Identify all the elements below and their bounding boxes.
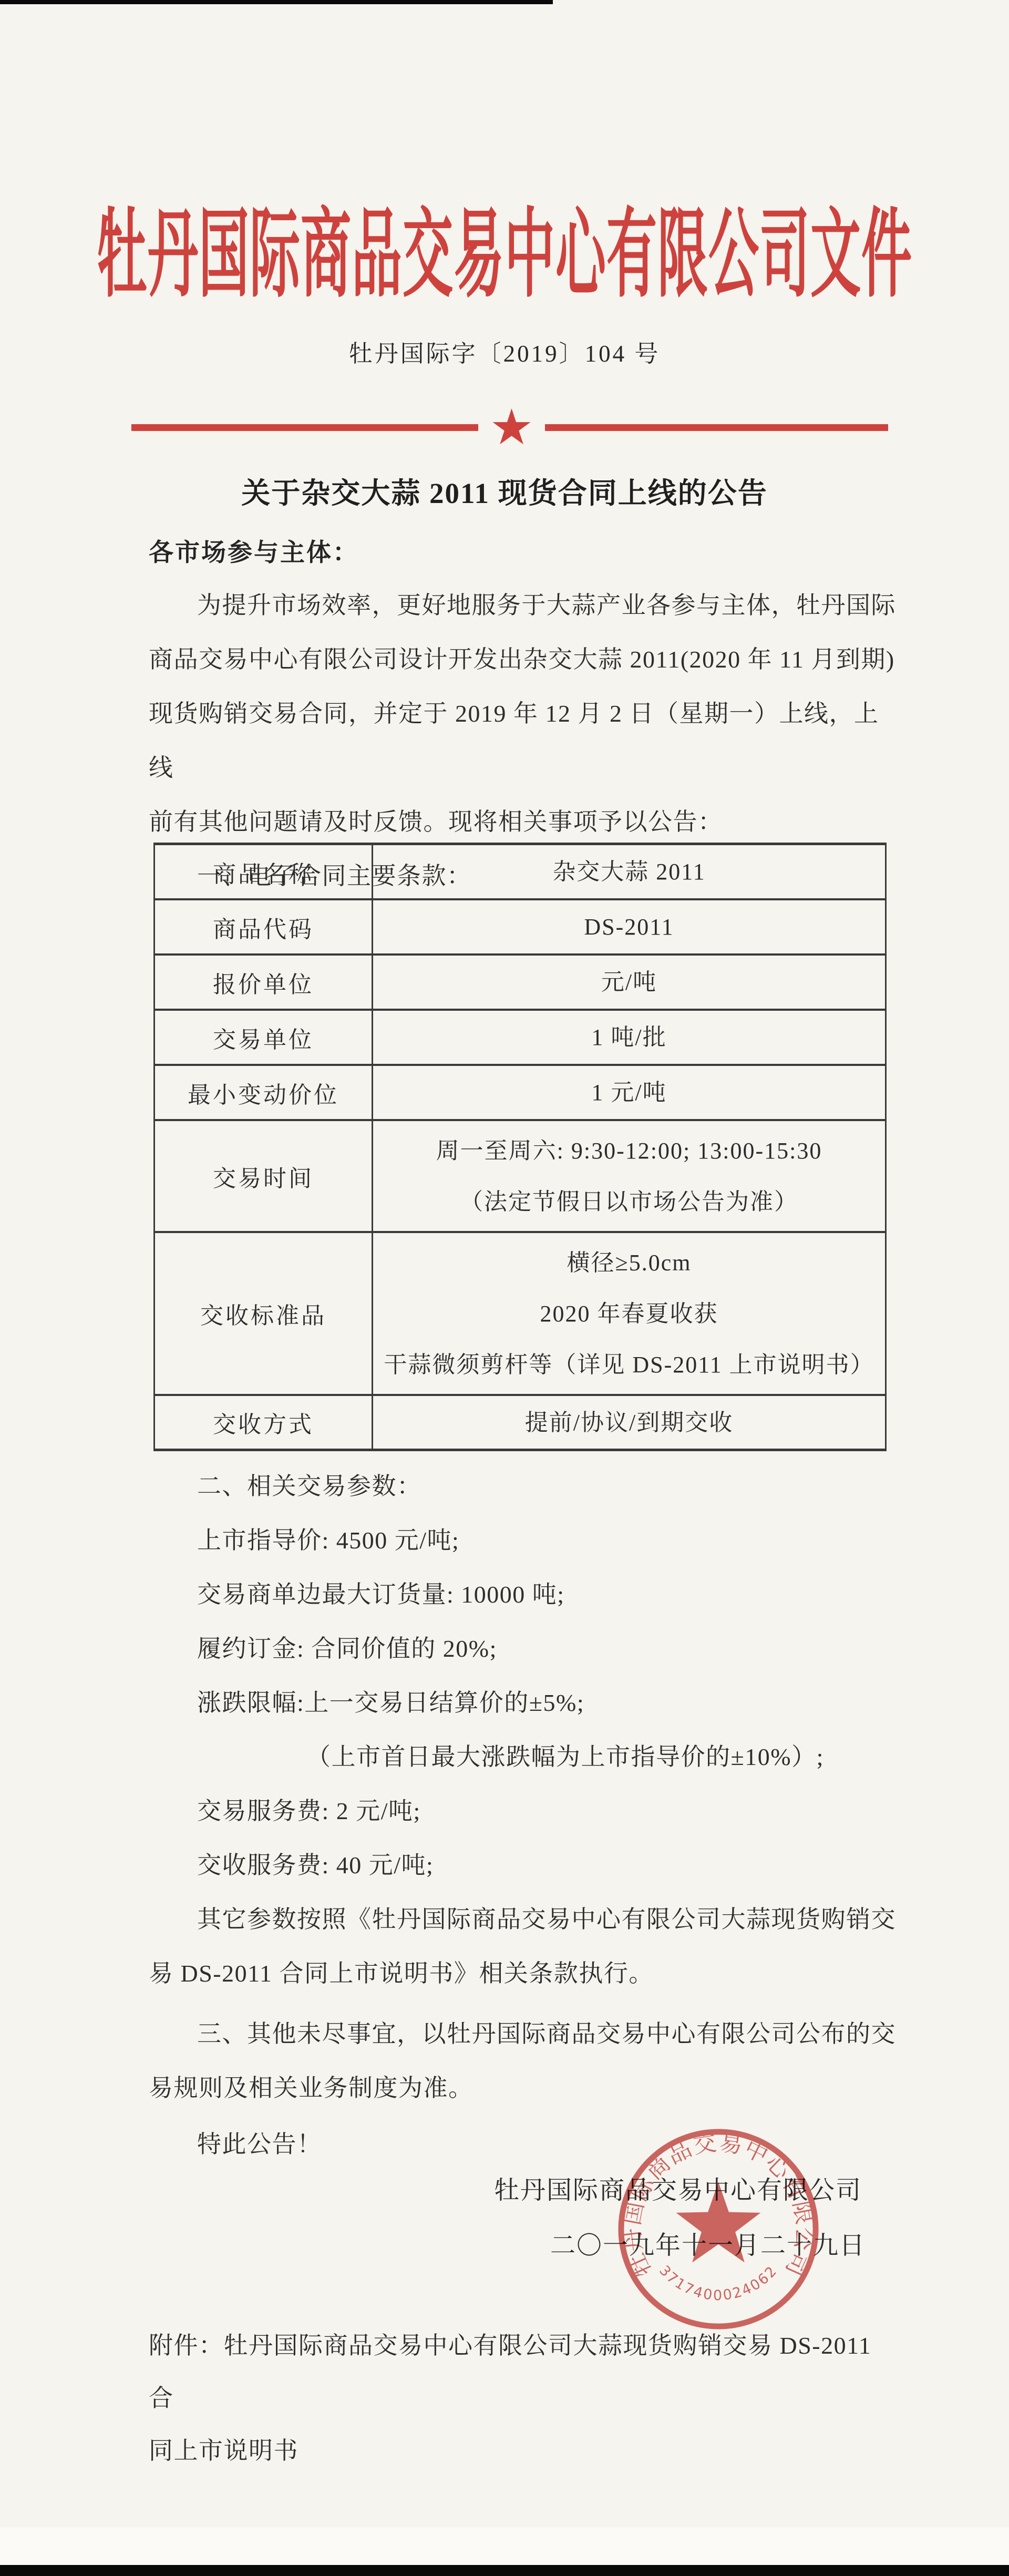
value-line: （法定节假日以市场公告为准） bbox=[460, 1176, 798, 1227]
param-line: 交收服务费: 40 元/吨; bbox=[149, 1838, 897, 1892]
scan-artifact-bottom-band bbox=[0, 2527, 1009, 2565]
row-label: 交收方式 bbox=[155, 1396, 373, 1449]
scanned-official-document: 牡丹国际商品交易中心有限公司文件 牡丹国际字〔2019〕104 号 ★ 关于杂交… bbox=[0, 0, 1009, 2576]
svg-text:3717400024062: 3717400024062 bbox=[656, 2262, 781, 2303]
row-value: 1 元/吨 bbox=[373, 1066, 885, 1119]
value-line: 杂交大蒜 2011 bbox=[552, 846, 705, 897]
divider-line-right bbox=[545, 424, 888, 431]
table-row: 商品名称 杂交大蒜 2011 bbox=[155, 845, 885, 900]
scan-artifact-top-bar bbox=[0, 0, 553, 4]
table-row: 最小变动价位 1 元/吨 bbox=[155, 1066, 885, 1121]
param-line: 其它参数按照《牡丹国际商品交易中心有限公司大蒜现货购销交 bbox=[149, 1892, 897, 1946]
row-label: 交易单位 bbox=[155, 1011, 373, 1064]
document-header-title: 牡丹国际商品交易中心有限公司文件 bbox=[0, 178, 1009, 250]
row-label: 交收标准品 bbox=[155, 1233, 373, 1394]
row-value: 1 吨/批 bbox=[373, 1011, 885, 1064]
intro-line: 商品交易中心有限公司设计开发出杂交大蒜 2011(2020 年 11 月到期) bbox=[149, 632, 897, 686]
section2-heading: 二、相关交易参数： bbox=[149, 1459, 897, 1513]
org-title-text: 牡丹国际商品交易中心有限公司文件 bbox=[97, 178, 912, 316]
contract-terms-table: 商品名称 杂交大蒜 2011 商品代码 DS-2011 报价单位 元/吨 交易单… bbox=[153, 843, 887, 1451]
section3-line: 易规则及相关业务制度为准。 bbox=[149, 2061, 897, 2115]
row-label: 商品代码 bbox=[155, 900, 373, 953]
seal-star-icon bbox=[676, 2182, 761, 2262]
row-value: DS-2011 bbox=[373, 900, 885, 953]
value-line: 周一至周六: 9:30-12:00; 13:00-15:30 bbox=[436, 1125, 822, 1176]
section3-line: 三、其他未尽事宜，以牡丹国际商品交易中心有限公司公布的交 bbox=[149, 2007, 897, 2061]
table-row: 交易时间 周一至周六: 9:30-12:00; 13:00-15:30 （法定节… bbox=[155, 1121, 885, 1233]
param-line: 易 DS-2011 合同上市说明书》相关条款执行。 bbox=[149, 1946, 897, 2000]
row-value: 横径≥5.0cm 2020 年春夏收获 干蒜微须剪杆等（详见 DS-2011 上… bbox=[373, 1233, 885, 1394]
intro-line: 现货购销交易合同，并定于 2019 年 12 月 2 日（星期一）上线，上线 bbox=[149, 686, 897, 795]
company-seal: 牡丹国际商品交易中心有限公司 3717400024062 bbox=[614, 2125, 823, 2334]
value-line: 2020 年春夏收获 bbox=[540, 1288, 718, 1339]
table-row: 交易单位 1 吨/批 bbox=[155, 1011, 885, 1066]
param-line: 上市指导价: 4500 元/吨; bbox=[149, 1513, 897, 1567]
trading-parameters-section: 二、相关交易参数： 上市指导价: 4500 元/吨; 交易商单边最大订货量: 1… bbox=[149, 1459, 897, 2000]
row-value: 提前/协议/到期交收 bbox=[373, 1396, 885, 1449]
table-row: 交收标准品 横径≥5.0cm 2020 年春夏收获 干蒜微须剪杆等（详见 DS-… bbox=[155, 1233, 885, 1396]
attachment-line: 附件：牡丹国际商品交易中心有限公司大蒜现货购销交易 DS-2011 合 bbox=[149, 2320, 900, 2425]
row-label: 商品名称 bbox=[155, 845, 373, 898]
param-line: 涨跌限幅:上一交易日结算价的±5%; bbox=[149, 1676, 897, 1730]
star-divider: ★ bbox=[131, 409, 888, 446]
row-value: 杂交大蒜 2011 bbox=[373, 845, 885, 898]
document-number: 牡丹国际字〔2019〕104 号 bbox=[0, 334, 1009, 368]
row-label: 最小变动价位 bbox=[155, 1066, 373, 1119]
table-row: 交收方式 提前/协议/到期交收 bbox=[155, 1396, 885, 1449]
value-line: 元/吨 bbox=[601, 957, 657, 1008]
attachment-note: 附件：牡丹国际商品交易中心有限公司大蒜现货购销交易 DS-2011 合 同上市说… bbox=[149, 2320, 900, 2477]
row-label: 交易时间 bbox=[155, 1121, 373, 1231]
param-line: （上市首日最大涨跌幅为上市指导价的±10%）; bbox=[149, 1730, 897, 1784]
row-value: 周一至周六: 9:30-12:00; 13:00-15:30 （法定节假日以市场… bbox=[373, 1121, 885, 1231]
scan-artifact-bottom-bar bbox=[0, 2565, 1009, 2576]
divider-line-left bbox=[131, 424, 478, 431]
salutation: 各市场参与主体： bbox=[149, 533, 359, 568]
announcement-title: 关于杂交大蒜 2011 现货合同上线的公告 bbox=[0, 470, 1009, 511]
param-line: 履约订金: 合同价值的 20%; bbox=[149, 1621, 897, 1676]
value-line: 1 元/吨 bbox=[591, 1067, 666, 1118]
table-row: 商品代码 DS-2011 bbox=[155, 900, 885, 956]
seal-serial-number: 3717400024062 bbox=[656, 2262, 781, 2303]
value-line: 干蒜微须剪杆等（详见 DS-2011 上市说明书） bbox=[384, 1339, 874, 1390]
table-row: 报价单位 元/吨 bbox=[155, 956, 885, 1011]
param-line: 交易商单边最大订货量: 10000 吨; bbox=[149, 1567, 897, 1621]
value-line: 1 吨/批 bbox=[591, 1012, 666, 1063]
value-line: 提前/协议/到期交收 bbox=[525, 1397, 733, 1448]
section3-paragraph: 三、其他未尽事宜，以牡丹国际商品交易中心有限公司公布的交 易规则及相关业务制度为… bbox=[149, 2007, 897, 2115]
row-label: 报价单位 bbox=[155, 956, 373, 1009]
value-line: DS-2011 bbox=[584, 901, 674, 952]
attachment-line: 同上市说明书 bbox=[149, 2425, 900, 2477]
param-line: 交易服务费: 2 元/吨; bbox=[149, 1784, 897, 1838]
star-icon: ★ bbox=[476, 402, 548, 454]
intro-line: 为提升市场效率，更好地服务于大蒜产业各参与主体，牡丹国际 bbox=[149, 578, 897, 632]
value-line: 横径≥5.0cm bbox=[567, 1237, 692, 1288]
intro-line: 前有其他问题请及时反馈。现将相关事项予以公告： bbox=[149, 795, 897, 849]
row-value: 元/吨 bbox=[373, 956, 885, 1009]
